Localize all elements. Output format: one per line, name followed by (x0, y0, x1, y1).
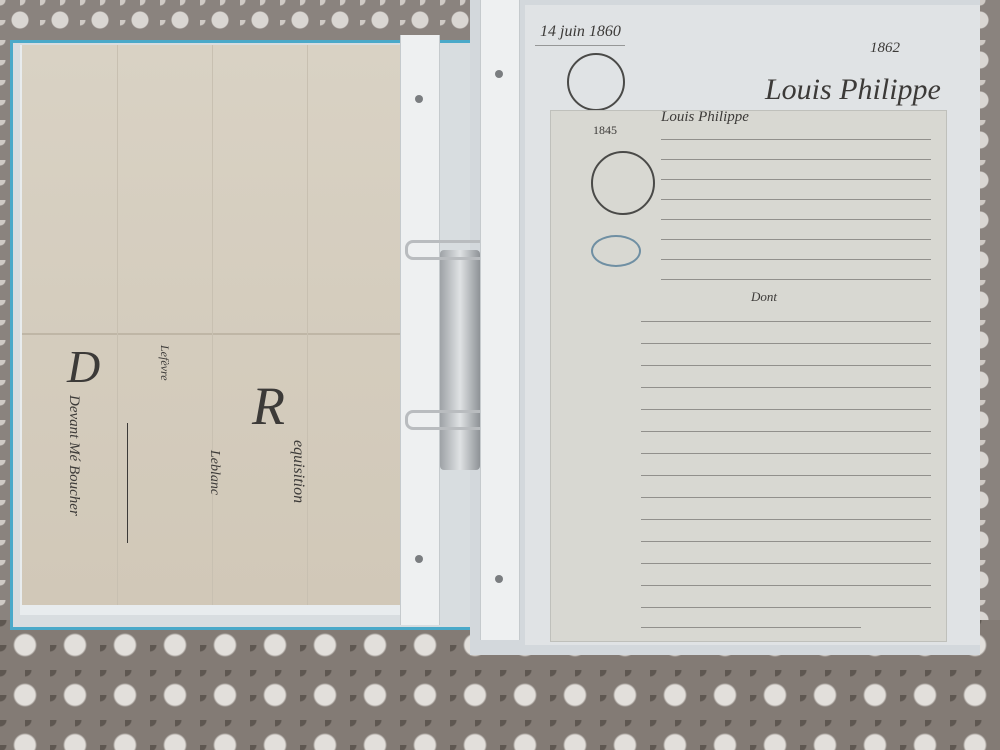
handwriting-line (641, 409, 931, 410)
ring-mechanism (440, 250, 480, 470)
royal-stamp (591, 151, 655, 215)
handwriting-line (641, 431, 931, 432)
addressee-text: Devant Mé Boucher (65, 395, 82, 516)
oval-stamp (591, 235, 641, 267)
heading-text: Louis Philippe (765, 73, 941, 107)
handwriting-line (641, 627, 861, 628)
handwriting-line (661, 199, 931, 200)
handwriting-line (661, 259, 931, 260)
handwriting-line (641, 585, 931, 586)
handwriting-line (641, 563, 931, 564)
date-underline (535, 45, 625, 46)
punch-hole (415, 95, 423, 103)
name-text: Leblanc (206, 450, 222, 495)
fold-line (22, 333, 404, 335)
handwriting-line (641, 541, 931, 542)
handwriting-line (661, 159, 931, 160)
date-text: 14 juin 1860 (540, 23, 621, 41)
sleeve-strip-left (400, 35, 440, 625)
handwriting-line (641, 475, 931, 476)
year-text: 1845 (593, 123, 617, 138)
fold-line (307, 45, 308, 605)
handwriting-line (641, 519, 931, 520)
left-document: D Devant Mé Boucher R equisition Leblanc… (22, 45, 404, 605)
opening-text: Louis Philippe (661, 109, 749, 126)
punch-hole (495, 70, 503, 78)
handwriting-line (661, 179, 931, 180)
underline (127, 423, 128, 543)
title-text: equisition (289, 440, 307, 503)
handwriting-line (641, 343, 931, 344)
punch-hole (495, 575, 503, 583)
sleeve-strip-right (480, 0, 520, 640)
handwriting-line (661, 279, 931, 280)
side-text: Lefèvre (157, 345, 172, 381)
fold-line (117, 45, 118, 605)
royal-stamp (567, 53, 625, 111)
handwriting-line (641, 387, 931, 388)
punch-hole (415, 555, 423, 563)
handwriting-line (641, 607, 931, 608)
handwriting-line (641, 321, 931, 322)
title-initial: R (252, 375, 285, 437)
handwriting-line (661, 239, 931, 240)
handwriting-line (641, 453, 931, 454)
word-text: Dont (751, 289, 777, 305)
document-number: 1862 (870, 40, 900, 57)
handwriting-line (641, 497, 931, 498)
handwriting-line (661, 219, 931, 220)
handwriting-line (661, 139, 931, 140)
right-front-document: 1845 Louis Philippe Dont (550, 110, 947, 642)
handwriting-line (641, 365, 931, 366)
fold-line (212, 45, 213, 605)
initial-d: D (67, 340, 100, 393)
